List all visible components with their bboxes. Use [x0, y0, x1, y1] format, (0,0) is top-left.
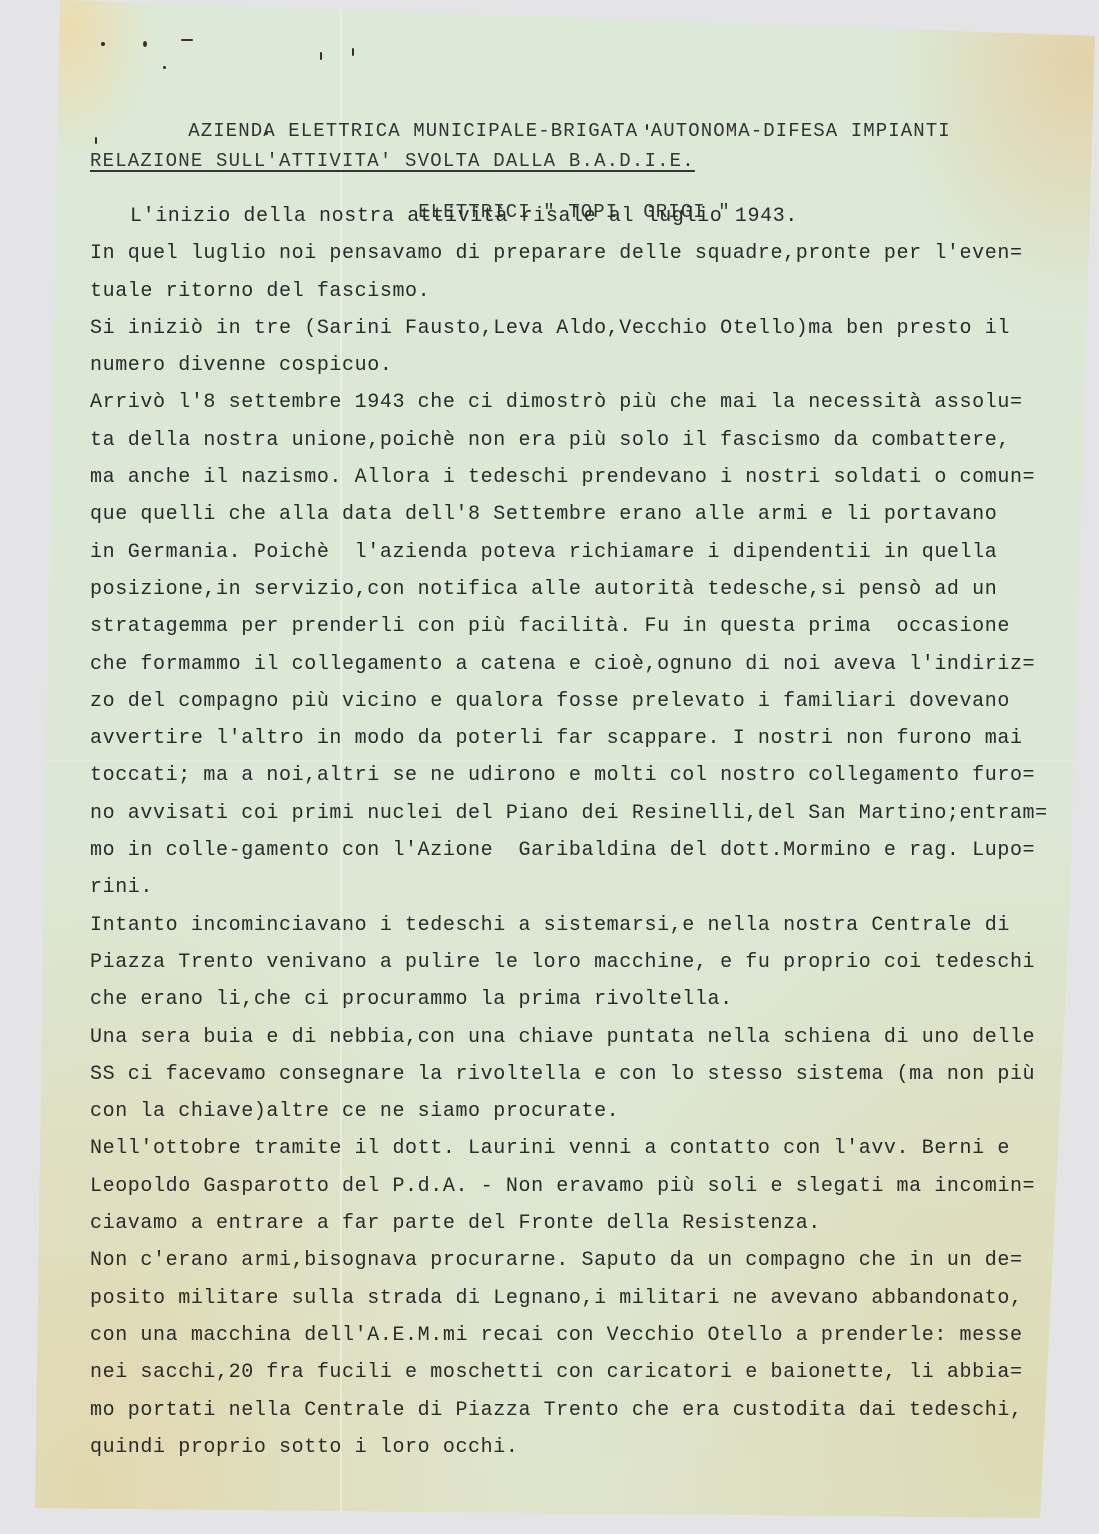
- body-line: rini.: [90, 869, 1050, 906]
- body-line: numero divenne cospicuo.: [90, 347, 1050, 384]
- body-line: che formammo il collegamento a catena e …: [90, 646, 1050, 683]
- body-line: SS ci facevamo consegnare la rivoltella …: [90, 1056, 1050, 1093]
- body-line: avvertire l'altro in modo da poterli far…: [90, 720, 1050, 757]
- body-line: no avvisati coi primi nuclei del Piano d…: [90, 795, 1050, 832]
- body-line: ciavamo a entrare a far parte del Fronte…: [90, 1205, 1050, 1242]
- body-line: zo del compagno più vicino e qualora fos…: [90, 683, 1050, 720]
- body-line: quindi proprio sotto i loro occhi.: [90, 1429, 1050, 1466]
- header-line-1: AZIENDA ELETTRICA MUNICIPALE-BRIGATA AUT…: [0, 118, 1099, 145]
- body-line: Arrivò l'8 settembre 1943 che ci dimostr…: [90, 384, 1050, 421]
- body-line: Piazza Trento venivano a pulire le loro …: [90, 944, 1050, 981]
- body-line: che erano li,che ci procurammo la prima …: [90, 981, 1050, 1018]
- body-line: Non c'erano armi,bisognava procurarne. S…: [90, 1242, 1050, 1279]
- document-body: L'inizio della nostra attività risale al…: [90, 198, 1050, 1466]
- body-line: L'inizio della nostra attività risale al…: [90, 198, 1050, 235]
- body-line: con la chiave)altre ce ne siamo procurat…: [90, 1093, 1050, 1130]
- body-line: tuale ritorno del fascismo.: [90, 273, 1050, 310]
- body-line: posito militare sulla strada di Legnano,…: [90, 1280, 1050, 1317]
- body-line: in Germania. Poichè l'azienda poteva ric…: [90, 534, 1050, 571]
- paper-sheet: AZIENDA ELETTRICA MUNICIPALE-BRIGATA AUT…: [0, 0, 1099, 1534]
- body-line: Intanto incominciavano i tedeschi a sist…: [90, 907, 1050, 944]
- body-line: ma anche il nazismo. Allora i tedeschi p…: [90, 459, 1050, 496]
- body-line: Leopoldo Gasparotto del P.d.A. - Non era…: [90, 1168, 1050, 1205]
- body-line: Nell'ottobre tramite il dott. Laurini ve…: [90, 1130, 1050, 1167]
- body-line: stratagemma per prenderli con più facili…: [90, 608, 1050, 645]
- body-line: In quel luglio noi pensavamo di preparar…: [90, 235, 1050, 272]
- body-line: toccati; ma a noi,altri se ne udirono e …: [90, 757, 1050, 794]
- body-line: con una macchina dell'A.E.M.mi recai con…: [90, 1317, 1050, 1354]
- body-line: nei sacchi,20 fra fucili e moschetti con…: [90, 1354, 1050, 1391]
- body-line: que quelli che alla data dell'8 Settembr…: [90, 496, 1050, 533]
- body-line: Si iniziò in tre (Sarini Fausto,Leva Ald…: [90, 310, 1050, 347]
- body-line: posizione,in servizio,con notifica alle …: [90, 571, 1050, 608]
- body-line: mo in colle-gamento con l'Azione Garibal…: [90, 832, 1050, 869]
- body-line: ta della nostra unione,poichè non era pi…: [90, 422, 1050, 459]
- body-line: mo portati nella Centrale di Piazza Tren…: [90, 1392, 1050, 1429]
- document-title: RELAZIONE SULL'ATTIVITA' SVOLTA DALLA B.…: [90, 150, 695, 172]
- body-line: Una sera buia e di nebbia,con una chiave…: [90, 1019, 1050, 1056]
